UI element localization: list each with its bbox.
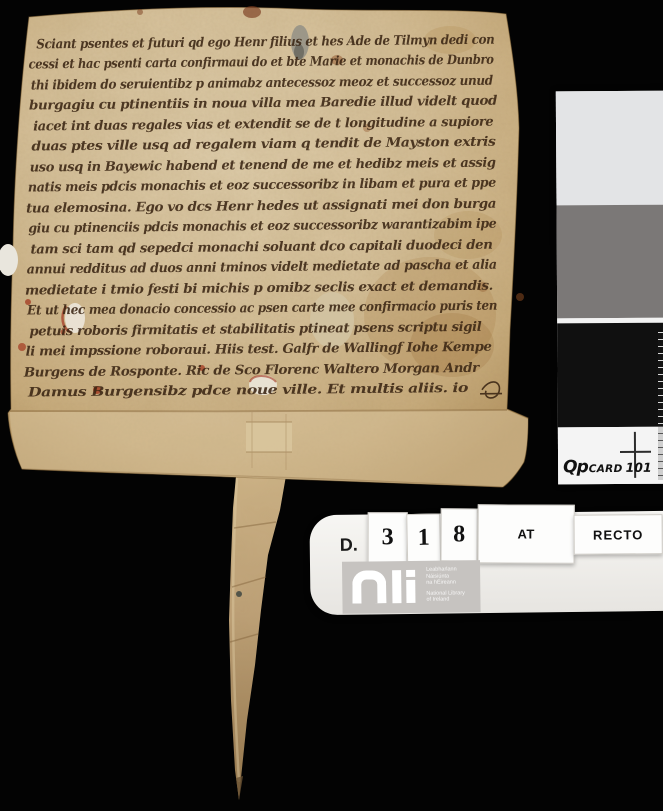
nli-logo: [392, 570, 401, 603]
ruler-edge-ticks: [658, 332, 663, 426]
qpcard-number: 101: [626, 460, 652, 475]
nli-logo: [352, 570, 386, 603]
grayscale-patch-black: [557, 323, 663, 428]
grayscale-patch-light: [556, 91, 663, 206]
nli-logo-text: Leabharlann Náisiúnta na hÉireann Nation…: [426, 566, 465, 603]
nli-acronym: nli: [342, 562, 343, 563]
parchment-body: Sciant psentes et futuri qd ego Henr fil…: [0, 6, 528, 487]
shelfmark-digit-card: 1: [406, 513, 441, 563]
qpcard-brand: Qp: [563, 457, 588, 477]
ruler-edge-ticks: [658, 426, 663, 480]
shelfmark-digit-card: 8: [441, 508, 478, 561]
qpcard-name: CARD: [589, 463, 623, 475]
photo-stage: Sciant psentes et futuri qd ego Henr fil…: [0, 0, 663, 811]
qpcard-label-area: Qp CARD 101 v3: [558, 427, 663, 485]
nli-logo-patch: nli Leabharlann Náisiúnta na hÉireann Na…: [342, 560, 481, 614]
tag-speck: [236, 591, 242, 597]
annotation-card: AT: [477, 504, 574, 564]
qpcard-wordmark: Qp CARD 101 v3: [563, 457, 663, 478]
nli-logo: [406, 570, 415, 577]
nli-text-irish: na hÉireann: [426, 579, 465, 586]
color-calibration-card: Qp CARD 101 v3: [556, 91, 663, 485]
shelfmark-digit-card: 3: [368, 512, 408, 563]
shelfmark-prefix: D.: [340, 535, 358, 556]
seal-tag: [229, 466, 287, 800]
nli-logo: [406, 580, 415, 603]
nli-text-english: of Ireland: [426, 596, 465, 603]
crosshair-mark: [620, 451, 651, 453]
recto-card: RECTO: [574, 514, 663, 555]
grayscale-patch-mid: [556, 205, 663, 319]
shelfmark-strip: D. 3 1 8 AT RECTO nli Leabharlann Náisiú…: [309, 511, 663, 615]
tag-tip: [236, 776, 243, 800]
